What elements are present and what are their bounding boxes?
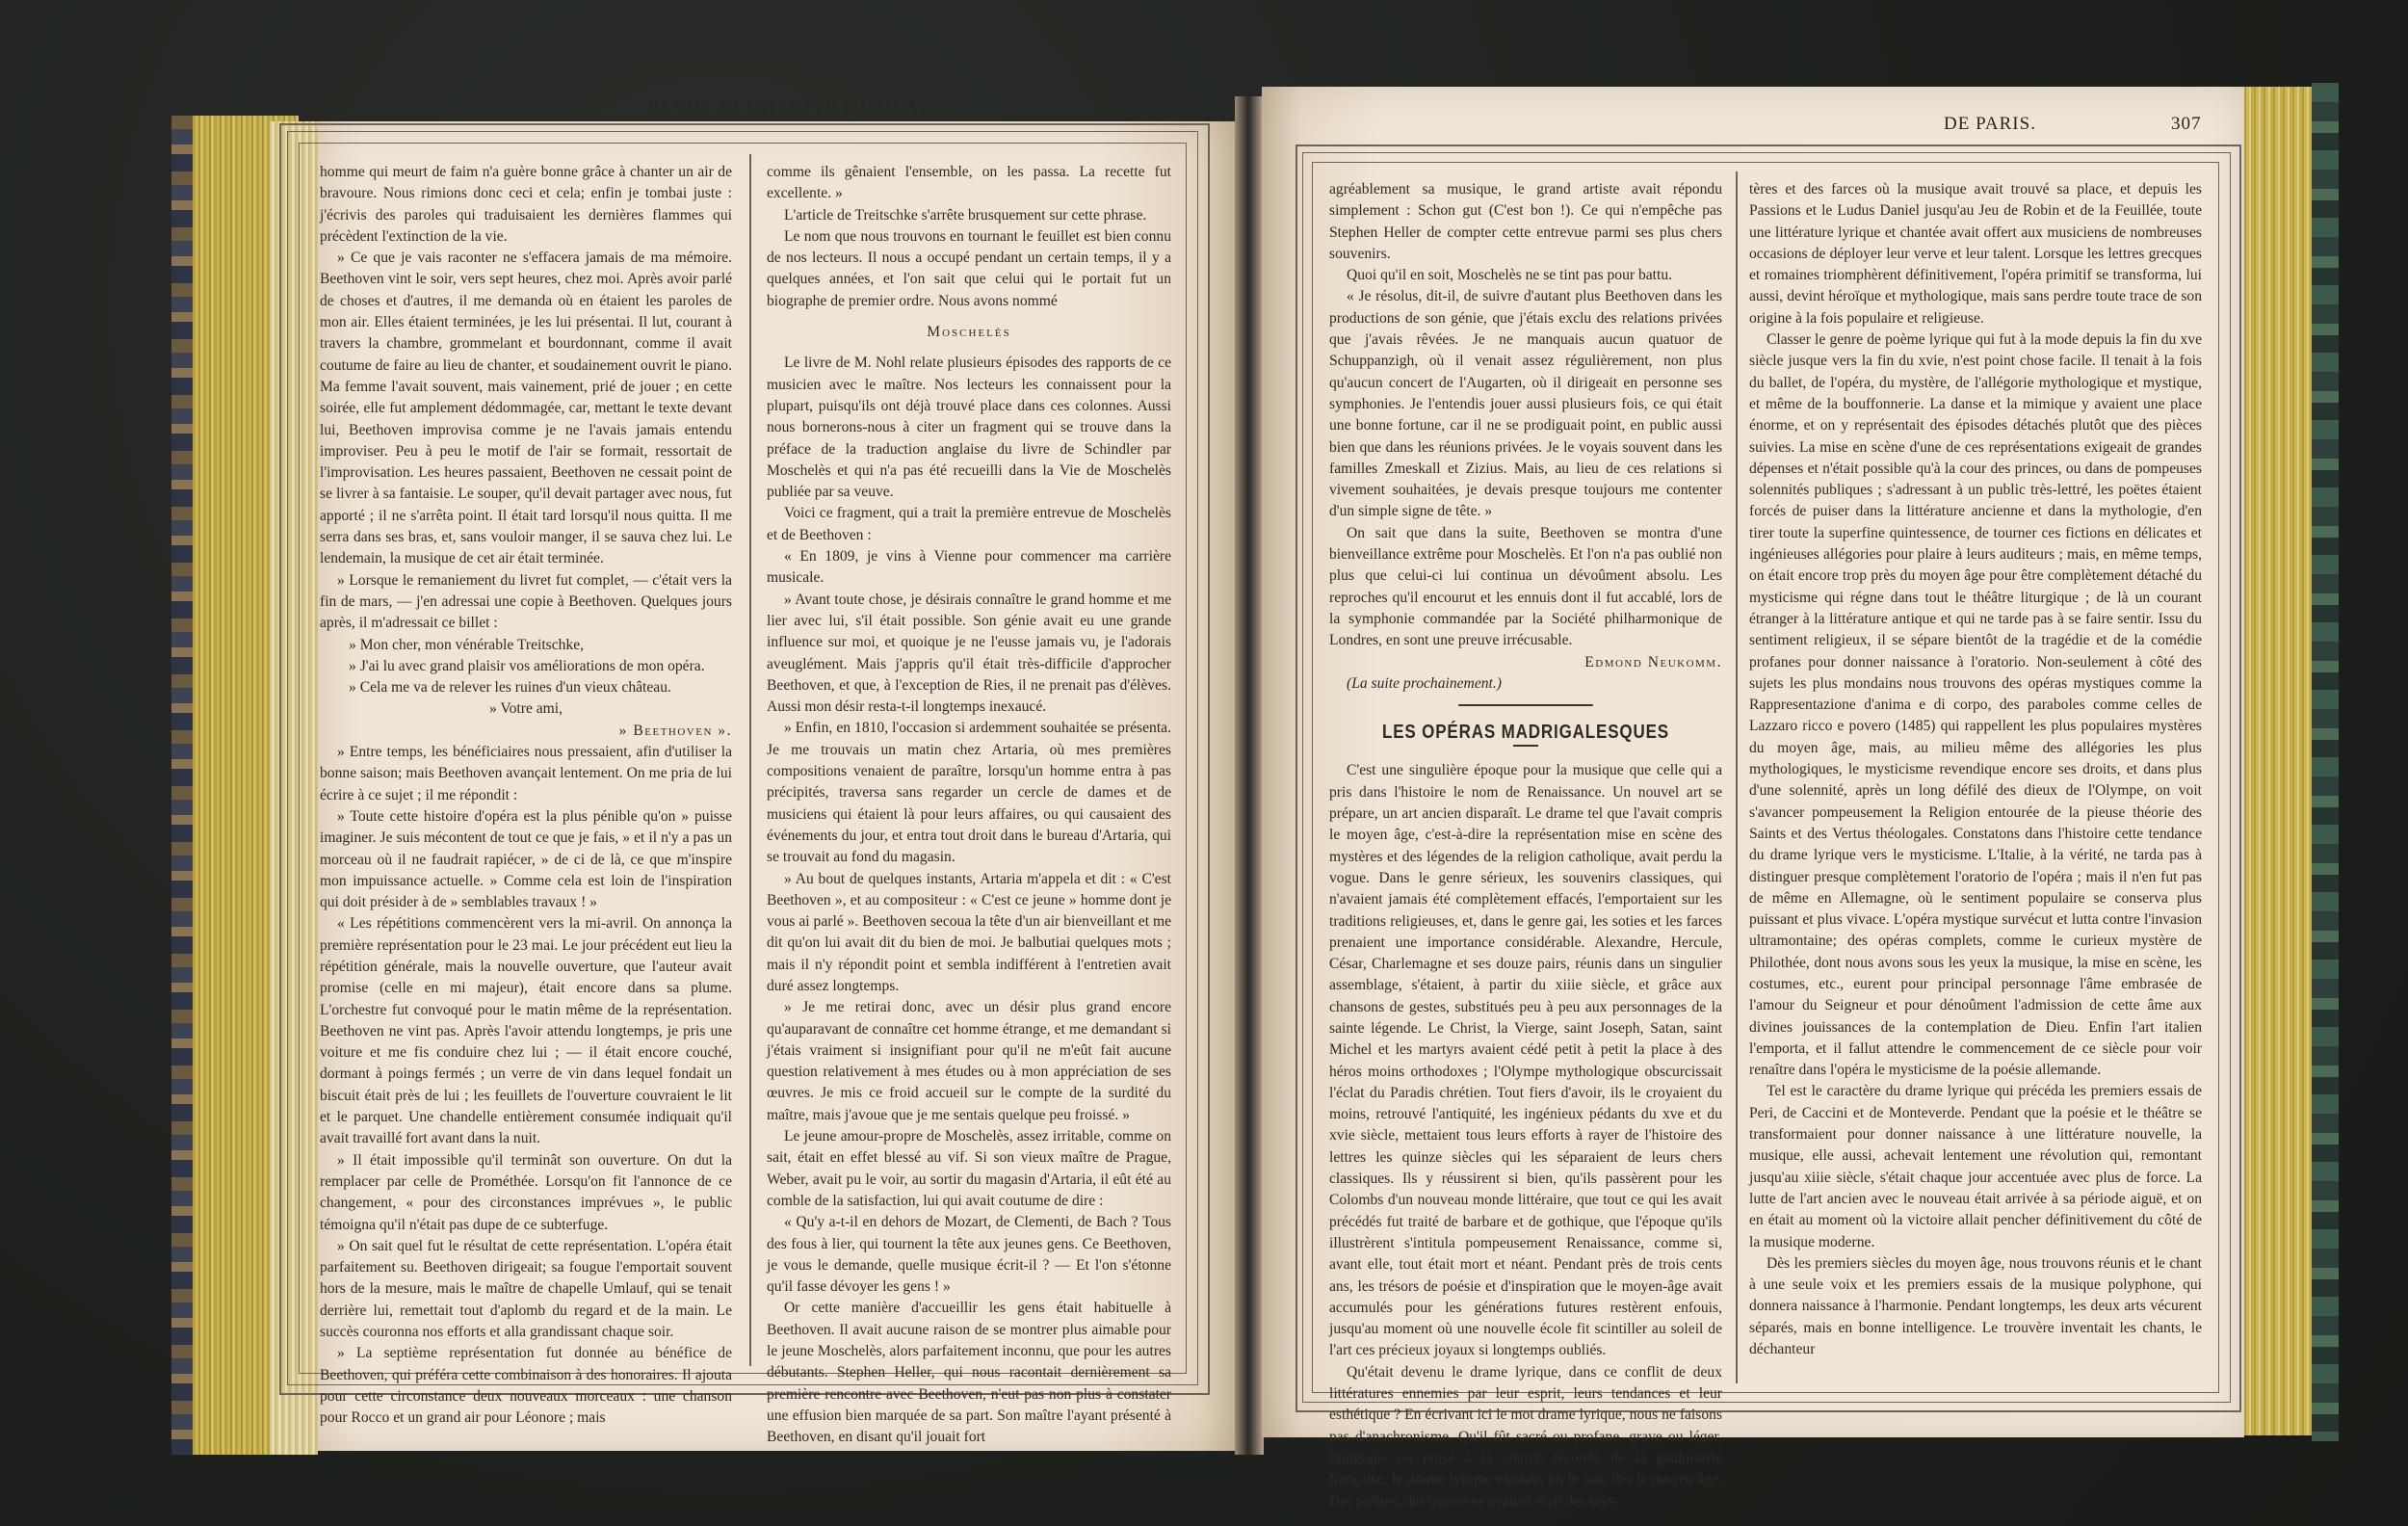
paragraph: » Cela me va de relever les ruines d'un …	[320, 677, 732, 698]
paragraph: Qu'était devenu le drame lyrique, dans c…	[1329, 1362, 1722, 1513]
paragraph: Le nom que nous trouvons en tournant le …	[767, 226, 1171, 312]
left-column-divider	[749, 154, 751, 1366]
paragraph: Quoi qu'il en soit, Moschelès ne se tint…	[1329, 265, 1722, 286]
paragraph: C'est une singulière époque pour la musi…	[1329, 760, 1722, 1361]
left-page-column-1: homme qui meurt de faim n'a guère bonne …	[320, 162, 732, 1366]
paragraph: » On sait quel fut le résultat de cette …	[320, 1236, 732, 1343]
paragraph: » J'ai lu avec grand plaisir vos amélior…	[320, 656, 732, 677]
paragraph: » Je me retirai donc, avec un désir plus…	[767, 997, 1171, 1126]
paragraph: agréablement sa musique, le grand artist…	[1329, 179, 1722, 265]
left-running-head: REVUE ET GAZETTE MUSICALE	[647, 96, 944, 118]
paragraph: « Qu'y a-t-il en dehors de Mozart, de Cl…	[767, 1212, 1171, 1298]
paragraph: Or cette manière d'accueillir les gens é…	[767, 1298, 1171, 1448]
paragraph: » Il était impossible qu'il terminât son…	[320, 1150, 732, 1236]
right-gilt-page-edges	[2239, 87, 2316, 1435]
paragraph: Tel est le caractère du drame lyrique qu…	[1749, 1081, 2202, 1252]
right-column-divider	[1736, 171, 1738, 1383]
right-page-number: 307	[2171, 114, 2202, 135]
paragraph: » Toute cette histoire d'opéra est la pl…	[320, 806, 732, 913]
right-running-head: DE PARIS.	[1944, 114, 2036, 135]
right-page-column-2: tères et des farces où la musique avait …	[1749, 179, 2202, 1383]
left-page-column-2: comme ils gênaient l'ensemble, on les pa…	[767, 162, 1171, 1366]
paragraph: Voici ce fragment, qui a trait la premiè…	[767, 503, 1171, 546]
paragraph: homme qui meurt de faim n'a guère bonne …	[320, 162, 732, 248]
paragraph: » Lorsque le remaniement du livret fut c…	[320, 570, 732, 635]
book-gutter	[1235, 96, 1264, 1455]
paragraph: » Beethoven ».	[320, 721, 732, 742]
paragraph: Classer le genre de poème lyrique qui fu…	[1749, 329, 2202, 1081]
paragraph: » Votre ami,	[320, 698, 732, 720]
left-page-number: 306	[306, 96, 337, 118]
paragraph: « Je résolus, dit-il, de suivre d'autant…	[1329, 286, 1722, 522]
paragraph: Le jeune amour-propre de Moschelès, asse…	[767, 1126, 1171, 1212]
paragraph: » Avant toute chose, je désirais connaît…	[767, 590, 1171, 719]
paragraph: » Entre temps, les bénéficiaires nous pr…	[320, 742, 732, 806]
section-title: LES OPÉRAS MADRIGALESQUES	[1359, 722, 1693, 743]
title-underline	[1513, 745, 1538, 747]
paragraph: « Les répétitions commencèrent vers la m…	[320, 913, 732, 1149]
paragraph: tères et des farces où la musique avait …	[1749, 179, 2202, 329]
paragraph: » Ce que je vais raconter ne s'effacera …	[320, 248, 732, 569]
paragraph: On sait que dans la suite, Beethoven se …	[1329, 523, 1722, 652]
paragraph: comme ils gênaient l'ensemble, on les pa…	[767, 162, 1171, 205]
right-page-column-1: agréablement sa musique, le grand artist…	[1329, 179, 1722, 1383]
paragraph: (La suite prochainement.)	[1329, 673, 1722, 695]
section-heading: Moschelès	[767, 322, 1171, 343]
paragraph: » Enfin, en 1810, l'occasion si ardemmen…	[767, 718, 1171, 868]
paragraph: Dès les premiers siècles du moyen âge, n…	[1749, 1253, 2202, 1360]
paragraph: Edmond Neukomm.	[1329, 652, 1722, 673]
paragraph: « En 1809, je vins à Vienne pour commenc…	[767, 546, 1171, 590]
paragraph: Le livre de M. Nohl relate plusieurs épi…	[767, 353, 1171, 503]
right-marbled-cover-edge	[2312, 83, 2339, 1441]
section-rule	[1458, 704, 1593, 706]
paragraph: L'article de Treitschke s'arrête brusque…	[767, 205, 1171, 226]
paragraph: » La septième représentation fut donnée …	[320, 1343, 732, 1429]
paragraph: » Mon cher, mon vénérable Treitschke,	[320, 635, 732, 656]
paragraph: » Au bout de quelques instants, Artaria …	[767, 869, 1171, 998]
